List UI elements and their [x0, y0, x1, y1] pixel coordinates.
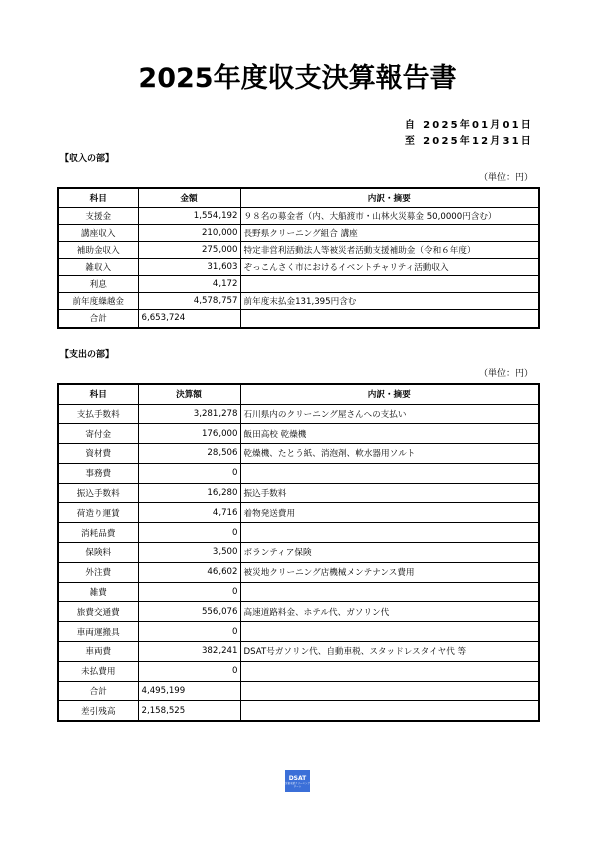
row-item: 講座収入: [58, 224, 138, 241]
table-row: 事務費 0: [58, 463, 539, 483]
income-header-row: 科目 金額 内訳・摘要: [58, 188, 539, 207]
row-amount: 4,716: [138, 503, 240, 523]
row-item: 資材費: [58, 444, 138, 464]
income-unit-label: （単位：円）: [479, 170, 533, 183]
expense-section-title: 【支出の部】: [60, 347, 114, 360]
row-item: 補助金収入: [58, 241, 138, 258]
expense-table: 科目 決算額 内訳・摘要 支払手数料 3,281,278 石川県内のクリーニング…: [57, 383, 540, 722]
row-note: [240, 582, 539, 602]
expense-header-row: 科目 決算額 内訳・摘要: [58, 384, 539, 404]
row-note: 被災地クリーニング店機械メンテナンス費用: [240, 562, 539, 582]
row-amount: 6,653,724: [138, 309, 240, 328]
row-note: 着物発送費用: [240, 503, 539, 523]
row-amount: 31,603: [138, 258, 240, 275]
table-row: 保険料 3,500 ボランティア保険: [58, 543, 539, 563]
row-amount: 3,500: [138, 543, 240, 563]
logo-text: DSAT: [285, 770, 310, 782]
row-item: 外注費: [58, 562, 138, 582]
row-amount: 176,000: [138, 424, 240, 444]
table-row: 未払費用 0: [58, 661, 539, 681]
row-item: 支払手数料: [58, 404, 138, 424]
row-note: 乾燥機、たとう紙、消泡剤、軟水器用ソルト: [240, 444, 539, 464]
row-item: 荷造り運賃: [58, 503, 138, 523]
row-note: [240, 681, 539, 701]
row-note: 前年度末払金131,395円含む: [240, 292, 539, 309]
period-from: 自2025年01月01日: [405, 116, 533, 131]
table-row: 車両費 382,241 DSAT号ガソリン代、自動車税、スタッドレスタイヤ代 等: [58, 642, 539, 662]
row-amount: 1,554,192: [138, 207, 240, 224]
row-note: 長野県クリーニング組合 講座: [240, 224, 539, 241]
expense-total-row: 合計 4,495,199: [58, 681, 539, 701]
header-item: 科目: [58, 188, 138, 207]
table-row: 補助金収入 275,000 特定非営利活動法人等被災者活動支援補助金（令和６年度…: [58, 241, 539, 258]
row-amount: 46,602: [138, 562, 240, 582]
table-row: 講座収入 210,000 長野県クリーニング組合 講座: [58, 224, 539, 241]
row-note: [240, 661, 539, 681]
row-amount: 0: [138, 582, 240, 602]
row-note: ９８名の募金者（内、大船渡市・山林火災募金 50,0000円含む）: [240, 207, 539, 224]
row-note: ぞっこんさく市におけるイベントチャリティ活動収入: [240, 258, 539, 275]
row-item: 車両運搬具: [58, 622, 138, 642]
table-row: 寄付金 176,000 飯田高校 乾燥機: [58, 424, 539, 444]
dsat-logo: DSAT 災害支援クリーニングチーム: [285, 770, 310, 792]
table-row: 支払手数料 3,281,278 石川県内のクリーニング屋さんへの支払い: [58, 404, 539, 424]
table-row: 利息 4,172: [58, 275, 539, 292]
row-note: 特定非営利活動法人等被災者活動支援補助金（令和６年度）: [240, 241, 539, 258]
period-to-label: 至: [405, 136, 417, 147]
table-row: 車両運搬具 0: [58, 622, 539, 642]
balance-row: 差引残高 2,158,525: [58, 701, 539, 721]
expense-unit-label: （単位：円）: [479, 366, 533, 379]
table-row: 前年度繰越金 4,578,757 前年度末払金131,395円含む: [58, 292, 539, 309]
row-amount: 3,281,278: [138, 404, 240, 424]
row-item: 前年度繰越金: [58, 292, 138, 309]
row-amount: 16,280: [138, 483, 240, 503]
header-item: 科目: [58, 384, 138, 404]
row-amount: 210,000: [138, 224, 240, 241]
row-amount: 0: [138, 463, 240, 483]
header-amount: 決算額: [138, 384, 240, 404]
header-note: 内訳・摘要: [240, 188, 539, 207]
header-note: 内訳・摘要: [240, 384, 539, 404]
row-note: [240, 463, 539, 483]
row-amount: 4,578,757: [138, 292, 240, 309]
period-to-date: 2025年12月31日: [423, 136, 533, 147]
table-row: 雑収入 31,603 ぞっこんさく市におけるイベントチャリティ活動収入: [58, 258, 539, 275]
row-item: 旅費交通費: [58, 602, 138, 622]
table-row: 外注費 46,602 被災地クリーニング店機械メンテナンス費用: [58, 562, 539, 582]
row-item: 消耗品費: [58, 523, 138, 543]
period-from-label: 自: [405, 120, 417, 131]
row-item: 未払費用: [58, 661, 138, 681]
row-amount: 0: [138, 523, 240, 543]
period-from-date: 2025年01月01日: [423, 120, 533, 131]
row-item: 合計: [58, 681, 138, 701]
header-amount: 金額: [138, 188, 240, 207]
row-item: 振込手数料: [58, 483, 138, 503]
row-item: 差引残高: [58, 701, 138, 721]
income-table: 科目 金額 内訳・摘要 支援金 1,554,192 ９８名の募金者（内、大船渡市…: [57, 187, 540, 329]
row-amount: 0: [138, 661, 240, 681]
row-note: 振込手数料: [240, 483, 539, 503]
row-note: [240, 701, 539, 721]
row-amount: 556,076: [138, 602, 240, 622]
row-amount: 4,495,199: [138, 681, 240, 701]
table-row: 振込手数料 16,280 振込手数料: [58, 483, 539, 503]
row-item: 雑収入: [58, 258, 138, 275]
row-amount: 2,158,525: [138, 701, 240, 721]
row-item: 合計: [58, 309, 138, 328]
row-item: 車両費: [58, 642, 138, 662]
row-amount: 0: [138, 622, 240, 642]
row-note: DSAT号ガソリン代、自動車税、スタッドレスタイヤ代 等: [240, 642, 539, 662]
period-to: 至2025年12月31日: [405, 132, 533, 147]
row-note: 高速道路料金、ホテル代、ガソリン代: [240, 602, 539, 622]
row-note: [240, 622, 539, 642]
row-item: 支援金: [58, 207, 138, 224]
table-row: 消耗品費 0: [58, 523, 539, 543]
table-row: 資材費 28,506 乾燥機、たとう紙、消泡剤、軟水器用ソルト: [58, 444, 539, 464]
table-row: 雑費 0: [58, 582, 539, 602]
table-row: 支援金 1,554,192 ９８名の募金者（内、大船渡市・山林火災募金 50,0…: [58, 207, 539, 224]
row-amount: 28,506: [138, 444, 240, 464]
row-item: 利息: [58, 275, 138, 292]
row-item: 保険料: [58, 543, 138, 563]
logo-subtext: 災害支援クリーニングチーム: [285, 783, 310, 788]
row-note: [240, 523, 539, 543]
page-title: 2025年度収支決算報告書: [0, 56, 595, 95]
row-item: 寄付金: [58, 424, 138, 444]
income-total-row: 合計 6,653,724: [58, 309, 539, 328]
row-amount: 275,000: [138, 241, 240, 258]
row-item: 事務費: [58, 463, 138, 483]
table-row: 旅費交通費 556,076 高速道路料金、ホテル代、ガソリン代: [58, 602, 539, 622]
table-row: 荷造り運賃 4,716 着物発送費用: [58, 503, 539, 523]
row-note: ボランティア保険: [240, 543, 539, 563]
row-item: 雑費: [58, 582, 138, 602]
row-amount: 4,172: [138, 275, 240, 292]
row-amount: 382,241: [138, 642, 240, 662]
row-note: [240, 275, 539, 292]
row-note: 飯田高校 乾燥機: [240, 424, 539, 444]
income-section-title: 【収入の部】: [60, 151, 114, 164]
row-note: 石川県内のクリーニング屋さんへの支払い: [240, 404, 539, 424]
row-note: [240, 309, 539, 328]
